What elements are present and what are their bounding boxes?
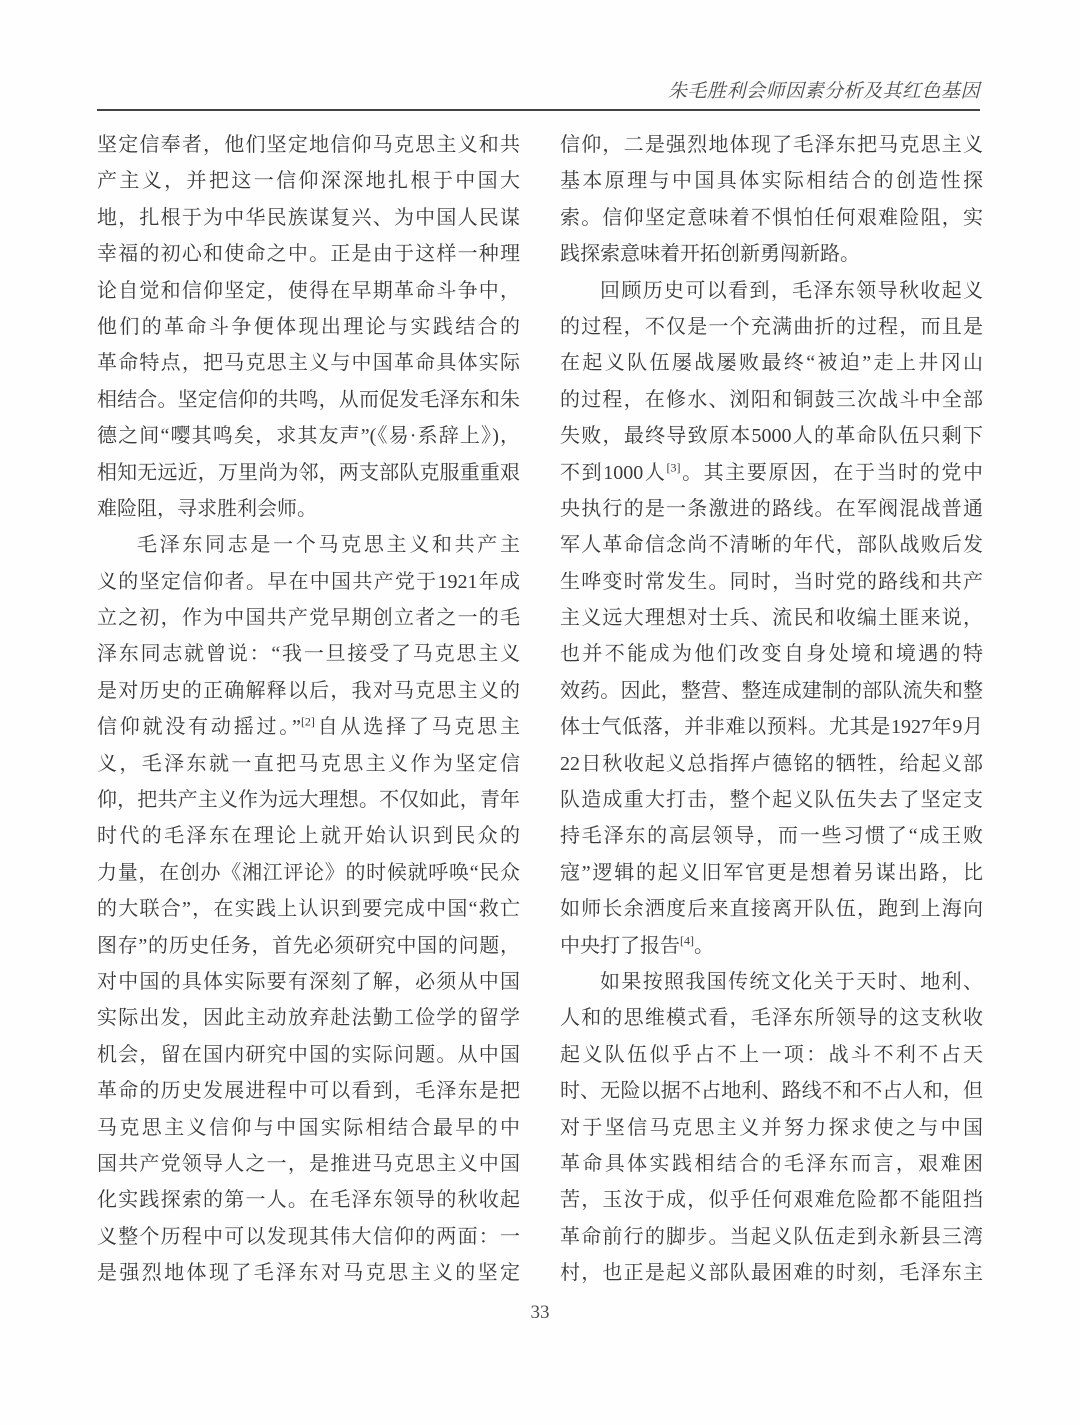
text-line: 国共产党领导人之一，是推进马克思主义中国 xyxy=(97,1146,520,1182)
text-line: 地，扎根于为中华民族谋复兴、为中国人民谋 xyxy=(97,200,520,236)
text-columns: 坚定信奉者，他们坚定地信仰马克思主义和共产主义，并把这一信仰深深地扎根于中国大地… xyxy=(97,127,983,1292)
text-line: 践探索意味着开拓创新勇闯新路。 xyxy=(560,236,983,272)
text-line: 22日秋收起义总指挥卢德铭的牺牲，给起义部 xyxy=(560,746,983,782)
text-line: 的大联合”，在实践上认识到要完成中国“救亡 xyxy=(97,891,520,927)
text-line: 义的坚定信仰者。早在中国共产党于1921年成 xyxy=(97,564,520,600)
text-line: 图存”的历史任务，首先必须研究中国的问题， xyxy=(97,928,520,964)
text-line: 体士气低落，并非难以预料。尤其是1927年9月 xyxy=(560,709,983,745)
text-line: 效药。因此，整营、整连成建制的部队流失和整 xyxy=(560,673,983,709)
text-line: 起义队伍似乎占不上一项：战斗不利不占天 xyxy=(560,1037,983,1073)
running-title: 朱毛胜利会师因素分析及其红色基因 xyxy=(668,76,980,103)
text-line: 也并不能成为他们改变自身处境和境遇的特 xyxy=(560,636,983,672)
text-line: 幸福的初心和使命之中。正是由于这样一种理 xyxy=(97,236,520,272)
citation-marker: [4] xyxy=(680,933,694,947)
text-line: 回顾历史可以看到，毛泽东领导秋收起义 xyxy=(560,273,983,309)
text-line: 对中国的具体实际要有深刻了解，必须从中国 xyxy=(97,964,520,1000)
text-line: 军人革命信念尚不清晰的年代，部队战败后发 xyxy=(560,527,983,563)
citation-marker: [2] xyxy=(301,715,315,729)
header-rule xyxy=(97,109,980,111)
text-line: 论自觉和信仰坚定，使得在早期革命斗争中， xyxy=(97,273,520,309)
text-line: 革命前行的脚步。当起义队伍走到永新县三湾 xyxy=(560,1219,983,1255)
text-line: 义整个历程中可以发现其伟大信仰的两面：一 xyxy=(97,1219,520,1255)
text-line: 在起义队伍屡战屡败最终“被迫”走上井冈山 xyxy=(560,345,983,381)
text-line: 马克思主义信仰与中国实际相结合最早的中 xyxy=(97,1110,520,1146)
text-line: 如师长余洒度后来直接离开队伍，跑到上海向 xyxy=(560,891,983,927)
text-line: 革命特点，把马克思主义与中国革命具体实际 xyxy=(97,345,520,381)
text-line: 信仰就没有动摇过。”[2]自从选择了马克思主 xyxy=(97,709,520,745)
text-line: 央执行的是一条激进的路线。在军阀混战普通 xyxy=(560,491,983,527)
text-line: 是对历史的正确解释以后，我对马克思主义的 xyxy=(97,673,520,709)
text-line: 义，毛泽东就一直把马克思主义作为坚定信 xyxy=(97,746,520,782)
text-line: 立之初，作为中国共产党早期创立者之一的毛 xyxy=(97,600,520,636)
text-line: 队造成重大打击，整个起义队伍失去了坚定支 xyxy=(560,782,983,818)
citation-marker: [3] xyxy=(666,460,680,474)
text-line: 的过程，在修水、浏阳和铜鼓三次战斗中全部 xyxy=(560,382,983,418)
text-line: 是强烈地体现了毛泽东对马克思主义的坚定 xyxy=(97,1255,520,1291)
text-line: 索。信仰坚定意味着不惧怕任何艰难险阻，实 xyxy=(560,200,983,236)
text-line: 相结合。坚定信仰的共鸣，从而促发毛泽东和朱 xyxy=(97,382,520,418)
text-line: 实际出发，因此主动放弃赴法勤工俭学的留学 xyxy=(97,1000,520,1036)
text-line: 失败，最终导致原本5000人的革命队伍只剩下 xyxy=(560,418,983,454)
text-line: 毛泽东同志是一个马克思主义和共产主 xyxy=(97,527,520,563)
text-line: 革命具体实践相结合的毛泽东而言，艰难困 xyxy=(560,1146,983,1182)
text-line: 苦，玉汝于成，似乎任何艰难危险都不能阻挡 xyxy=(560,1182,983,1218)
text-line: 中央打了报告[4]。 xyxy=(560,928,983,964)
text-line: 泽东同志就曾说：“我一旦接受了马克思主义 xyxy=(97,636,520,672)
text-line: 仰，把共产主义作为远大理想。不仅如此，青年 xyxy=(97,782,520,818)
text-line: 持毛泽东的高层领导，而一些习惯了“成王败 xyxy=(560,818,983,854)
text-line: 时、无险以据不占地利、路线不和不占人和，但 xyxy=(560,1073,983,1109)
text-line: 坚定信奉者，他们坚定地信仰马克思主义和共 xyxy=(97,127,520,163)
text-line: 难险阻，寻求胜利会师。 xyxy=(97,491,520,527)
text-line: 主义远大理想对士兵、流民和收编土匪来说， xyxy=(560,600,983,636)
text-line: 机会，留在国内研究中国的实际问题。从中国 xyxy=(97,1037,520,1073)
right-column: 信仰，二是强烈地体现了毛泽东把马克思主义基本原理与中国具体实际相结合的创造性探索… xyxy=(560,127,983,1292)
scanned-paper-page: 朱毛胜利会师因素分析及其红色基因 坚定信奉者，他们坚定地信仰马克思主义和共产主义… xyxy=(0,0,1080,1425)
text-line: 不到1000人[3]。其主要原因，在于当时的党中 xyxy=(560,455,983,491)
text-line: 人和的思维模式看，毛泽东所领导的这支秋收 xyxy=(560,1000,983,1036)
text-line: 德之间“嘤其鸣矣，求其友声”(《易·系辞上》)， xyxy=(97,418,520,454)
text-line: 对于坚信马克思主义并努力探求使之与中国 xyxy=(560,1110,983,1146)
text-line: 生哗变时常发生。同时，当时党的路线和共产 xyxy=(560,564,983,600)
text-line: 产主义，并把这一信仰深深地扎根于中国大 xyxy=(97,163,520,199)
text-line: 力量，在创办《湘江评论》的时候就呼唤“民众 xyxy=(97,855,520,891)
text-line: 寇”逻辑的起义旧军官更是想着另谋出路，比 xyxy=(560,855,983,891)
text-line: 如果按照我国传统文化关于天时、地利、 xyxy=(560,964,983,1000)
text-line: 基本原理与中国具体实际相结合的创造性探 xyxy=(560,163,983,199)
text-line: 革命的历史发展进程中可以看到，毛泽东是把 xyxy=(97,1073,520,1109)
text-line: 化实践探索的第一人。在毛泽东领导的秋收起 xyxy=(97,1182,520,1218)
text-line: 信仰，二是强烈地体现了毛泽东把马克思主义 xyxy=(560,127,983,163)
text-line: 相知无远近，万里尚为邻，两支部队克服重重艰 xyxy=(97,455,520,491)
text-line: 村，也正是起义部队最困难的时刻，毛泽东主 xyxy=(560,1255,983,1291)
text-line: 时代的毛泽东在理论上就开始认识到民众的 xyxy=(97,818,520,854)
text-line: 的过程，不仅是一个充满曲折的过程，而且是 xyxy=(560,309,983,345)
page-number: 33 xyxy=(0,1302,1080,1324)
text-line: 他们的革命斗争便体现出理论与实践结合的 xyxy=(97,309,520,345)
left-column: 坚定信奉者，他们坚定地信仰马克思主义和共产主义，并把这一信仰深深地扎根于中国大地… xyxy=(97,127,520,1292)
